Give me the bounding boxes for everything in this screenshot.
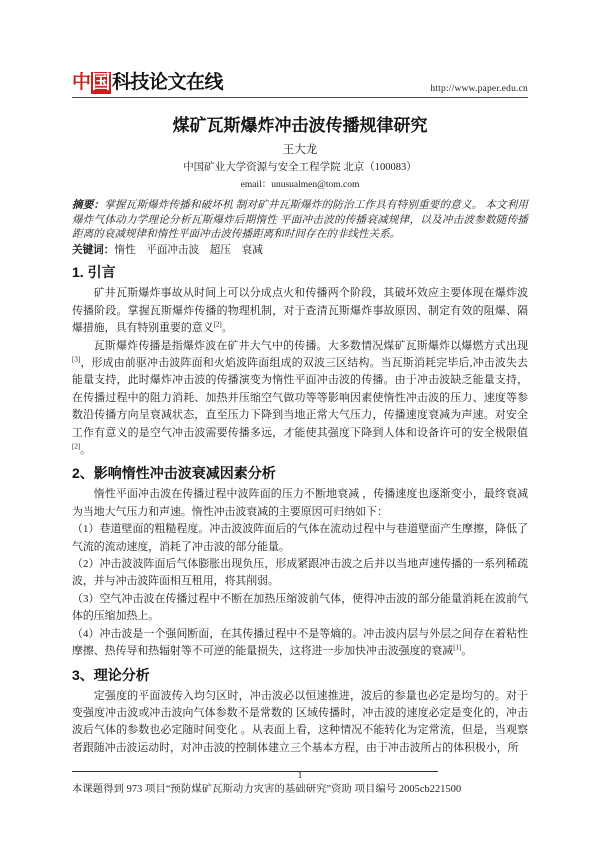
page-number: 1 bbox=[0, 771, 600, 781]
section-3-heading: 3、理论分析 bbox=[72, 665, 528, 685]
section-1-paragraph-1: 矿井瓦斯爆炸事故从时间上可以分成点火和传播两个阶段，其破坏效应主要体现在爆炸波传… bbox=[72, 285, 528, 337]
logo-text: 科技论文在线 bbox=[112, 72, 223, 94]
paper-title: 煤矿瓦斯爆炸冲击波传播规律研究 bbox=[72, 111, 528, 136]
citation-ref: [2] bbox=[72, 442, 80, 450]
funding-footnote: 本课题得到 973 项目“预防煤矿瓦斯动力灾害的基础研究”资助 项目编号 200… bbox=[72, 780, 528, 795]
author-affiliation: 中国矿业大学资源与安全工程学院 北京（100083） bbox=[72, 159, 528, 174]
author-email: email：unusualmen@tom.com bbox=[72, 176, 528, 190]
author-name: 王大龙 bbox=[72, 141, 528, 157]
section-2-item-1: （1）巷道壁面的粗糙程度。冲击波波阵面后的气体在流动过程中与巷道壁面产生摩擦，降… bbox=[72, 521, 528, 556]
section-1-heading: 1. 引言 bbox=[72, 262, 528, 282]
document-page: 中 国 科技论文在线 http://www.paper.edu.cn 煤矿瓦斯爆… bbox=[0, 0, 600, 851]
section-2-paragraph-1: 惰性平面冲击波在传播过程中波阵面的压力不断地衰减 ，传播速度也逐渐变小，最终衰减… bbox=[72, 486, 528, 521]
abstract-paragraph: 摘要：掌握瓦斯爆炸传播和破坏机 制对矿井瓦斯爆炸的防治工作具有特别重要的意义。 … bbox=[72, 199, 528, 243]
section-3-paragraph-1: 定强度的平面波传入均匀区时，冲击波必以恒速推进，波后的参量也必定是均匀的。对于变… bbox=[72, 688, 528, 758]
logo-char-zhong: 中 bbox=[72, 72, 91, 94]
logo-char-guo: 国 bbox=[91, 72, 112, 94]
keywords-label: 关键词： bbox=[72, 245, 114, 256]
section-1-paragraph-2: 瓦斯爆炸传播是指爆炸波在矿井大气中的传播。大多数情况煤矿瓦斯爆炸以爆燃方式出现[… bbox=[72, 338, 528, 460]
abstract-label: 摘要： bbox=[72, 200, 104, 211]
citation-ref: [3] bbox=[72, 355, 80, 363]
site-url-link[interactable]: http://www.paper.edu.cn bbox=[430, 84, 528, 94]
keywords-line: 关键词：惰性 平面冲击波 超压 衰减 bbox=[72, 244, 528, 259]
paragraph-text: 。 bbox=[222, 322, 233, 334]
section-2-item-4: （4）冲击波是一个强间断面，在其传播过程中不是等熵的。冲击波内层与外层之间存在着… bbox=[72, 626, 528, 661]
paragraph-text: 矿井瓦斯爆炸事故从时间上可以分成点火和传播两个阶段，其破坏效应主要体现在爆炸波传… bbox=[72, 287, 528, 334]
paragraph-text: 瓦斯爆炸传播是指爆炸波在矿井大气中的传播。大多数情况煤矿瓦斯爆炸以爆燃方式出现 bbox=[94, 340, 528, 352]
section-2-item-3: （3）空气冲击波在传播过程中不断在加热压缩波前气体，使得冲击波的部分能量消耗在波… bbox=[72, 591, 528, 626]
paragraph-text: ，形成由前驱冲击波阵面和火焰波阵面组成的双波三区结构。当瓦斯消耗完毕后,冲击波失… bbox=[72, 357, 528, 439]
paragraph-text: 。 bbox=[80, 444, 91, 456]
abstract-text: 掌握瓦斯爆炸传播和破坏机 制对矿井瓦斯爆炸的防治工作具有特别重要的意义。 本文利… bbox=[72, 200, 528, 240]
keywords-text: 惰性 平面冲击波 超压 衰减 bbox=[114, 245, 262, 256]
paragraph-text: 。 bbox=[461, 645, 472, 657]
paper-edu-logo: 中 国 科技论文在线 bbox=[72, 72, 223, 94]
section-2-item-2: （2）冲击波波阵面后气体膨胀出现负压，形成紧跟冲击波之后并以当地声速传播的一系列… bbox=[72, 556, 528, 591]
section-2-heading: 2、影响惰性冲击波衰减因素分析 bbox=[72, 463, 528, 483]
citation-ref: [2] bbox=[214, 321, 222, 329]
page-header: 中 国 科技论文在线 http://www.paper.edu.cn bbox=[72, 72, 528, 98]
